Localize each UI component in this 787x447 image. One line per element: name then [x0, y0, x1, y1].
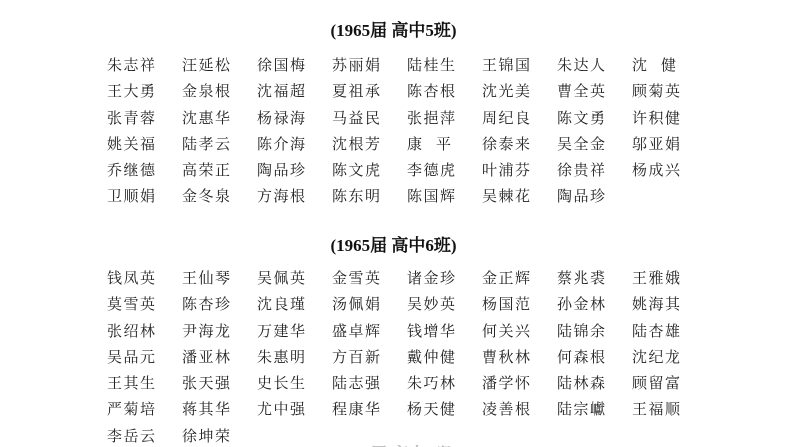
student-name: 潘亚林	[182, 344, 257, 370]
student-name: 马益民	[332, 105, 407, 131]
student-name: 陶品珍	[557, 183, 632, 209]
student-name: 吴佩英	[257, 265, 332, 291]
student-name: 陆志强	[332, 370, 407, 396]
student-name: 顾菊英	[632, 78, 707, 104]
student-name: 乔继德	[107, 157, 182, 183]
student-name: 许积健	[632, 105, 707, 131]
student-name: 孙金林	[557, 291, 632, 317]
student-name: 张青蓉	[107, 105, 182, 131]
student-name: 沈惠华	[182, 105, 257, 131]
student-name: 戴仲健	[407, 344, 482, 370]
student-name: 曹全英	[557, 78, 632, 104]
student-name: 邬亚娟	[632, 131, 707, 157]
student-name: 方海根	[257, 183, 332, 209]
student-name: 苏丽娟	[332, 52, 407, 78]
name-list-class-6: 钱凤英王仙琴吴佩英金雪英诸金珍金正辉蔡兆裘王雅娥莫雪英陈杏珍沈良瑾汤佩娟吴妙英杨…	[107, 265, 707, 447]
student-name: 凌善根	[482, 396, 557, 422]
student-name: 朱达人	[557, 52, 632, 78]
student-name: 杨天健	[407, 396, 482, 422]
student-name: 汤佩娟	[332, 291, 407, 317]
student-name: 顾留富	[632, 370, 707, 396]
student-name: 姚关福	[107, 131, 182, 157]
student-name: 陈杏珍	[182, 291, 257, 317]
student-name: 沈 健	[632, 52, 707, 78]
student-name: 周纪良	[482, 105, 557, 131]
student-name: 王锦国	[482, 52, 557, 78]
student-name: 康 平	[407, 131, 482, 157]
student-name: 王其生	[107, 370, 182, 396]
student-name: 盛卓辉	[332, 318, 407, 344]
section-title-class-6: (1965届 高中6班)	[0, 231, 787, 256]
student-name: 方百新	[332, 344, 407, 370]
student-name: 张绍林	[107, 318, 182, 344]
student-name: 杨国范	[482, 291, 557, 317]
student-name: 陈文勇	[557, 105, 632, 131]
student-name: 徐国梅	[257, 52, 332, 78]
student-name: 陆杏雄	[632, 318, 707, 344]
student-name: 金冬泉	[182, 183, 257, 209]
student-name: 张挹萍	[407, 105, 482, 131]
student-name: 陆孝云	[182, 131, 257, 157]
student-name: 陈介海	[257, 131, 332, 157]
student-name: 严菊培	[107, 396, 182, 422]
student-name: 姚海其	[632, 291, 707, 317]
student-name: 杨禄海	[257, 105, 332, 131]
student-name: 陆宗巘	[557, 396, 632, 422]
student-name: 朱惠明	[257, 344, 332, 370]
student-name: 陈杏根	[407, 78, 482, 104]
student-name: 陈东明	[332, 183, 407, 209]
student-name: 程康华	[332, 396, 407, 422]
student-name: 陈文虎	[332, 157, 407, 183]
student-name: 沈良瑾	[257, 291, 332, 317]
student-name: 夏祖承	[332, 78, 407, 104]
student-name: 尤中强	[257, 396, 332, 422]
student-name: 徐泰来	[482, 131, 557, 157]
student-name: 杨成兴	[632, 157, 707, 183]
student-name: 王大勇	[107, 78, 182, 104]
student-name: 金泉根	[182, 78, 257, 104]
student-name: 吴全金	[557, 131, 632, 157]
student-name: 何关兴	[482, 318, 557, 344]
student-name: 史长生	[257, 370, 332, 396]
student-name: 尹海龙	[182, 318, 257, 344]
student-name: 陆桂生	[407, 52, 482, 78]
student-name: 陶品珍	[257, 157, 332, 183]
student-name: 朱巧林	[407, 370, 482, 396]
student-name: 王福顺	[632, 396, 707, 422]
student-name: 沈纪龙	[632, 344, 707, 370]
student-name: 陆林森	[557, 370, 632, 396]
student-name: 汪延松	[182, 52, 257, 78]
student-name: 徐贵祥	[557, 157, 632, 183]
student-name: 张天强	[182, 370, 257, 396]
student-name: 吴棘花	[482, 183, 557, 209]
student-name: 高荣正	[182, 157, 257, 183]
student-name: 钱增华	[407, 318, 482, 344]
student-name: 吴品元	[107, 344, 182, 370]
student-name: 卫顺娟	[107, 183, 182, 209]
student-name: 王仙琴	[182, 265, 257, 291]
student-name: 叶浦芬	[482, 157, 557, 183]
student-name: 沈根芳	[332, 131, 407, 157]
student-name: 王雅娥	[632, 265, 707, 291]
section-title-class-5: (1965届 高中5班)	[0, 16, 787, 41]
name-list-class-5: 朱志祥汪延松徐国梅苏丽娟陆桂生王锦国朱达人沈 健王大勇金泉根沈福超夏祖承陈杏根沈…	[107, 52, 707, 210]
student-name: 沈福超	[257, 78, 332, 104]
student-name: 吴妙英	[407, 291, 482, 317]
student-name: 潘学怀	[482, 370, 557, 396]
student-name: 陆锦余	[557, 318, 632, 344]
student-name: 沈光美	[482, 78, 557, 104]
student-name: 万建华	[257, 318, 332, 344]
student-name: 曹秋林	[482, 344, 557, 370]
student-name: 李德虎	[407, 157, 482, 183]
student-name: 钱凤英	[107, 265, 182, 291]
student-name: 陈国辉	[407, 183, 482, 209]
student-name: 金正辉	[482, 265, 557, 291]
student-name: 金雪英	[332, 265, 407, 291]
student-name: 莫雪英	[107, 291, 182, 317]
section-title-next-cutoff: (1965届 高中7班)	[0, 440, 787, 447]
student-name: 蒋其华	[182, 396, 257, 422]
student-name: 诸金珍	[407, 265, 482, 291]
student-name: 朱志祥	[107, 52, 182, 78]
student-name: 蔡兆裘	[557, 265, 632, 291]
student-name: 何森根	[557, 344, 632, 370]
